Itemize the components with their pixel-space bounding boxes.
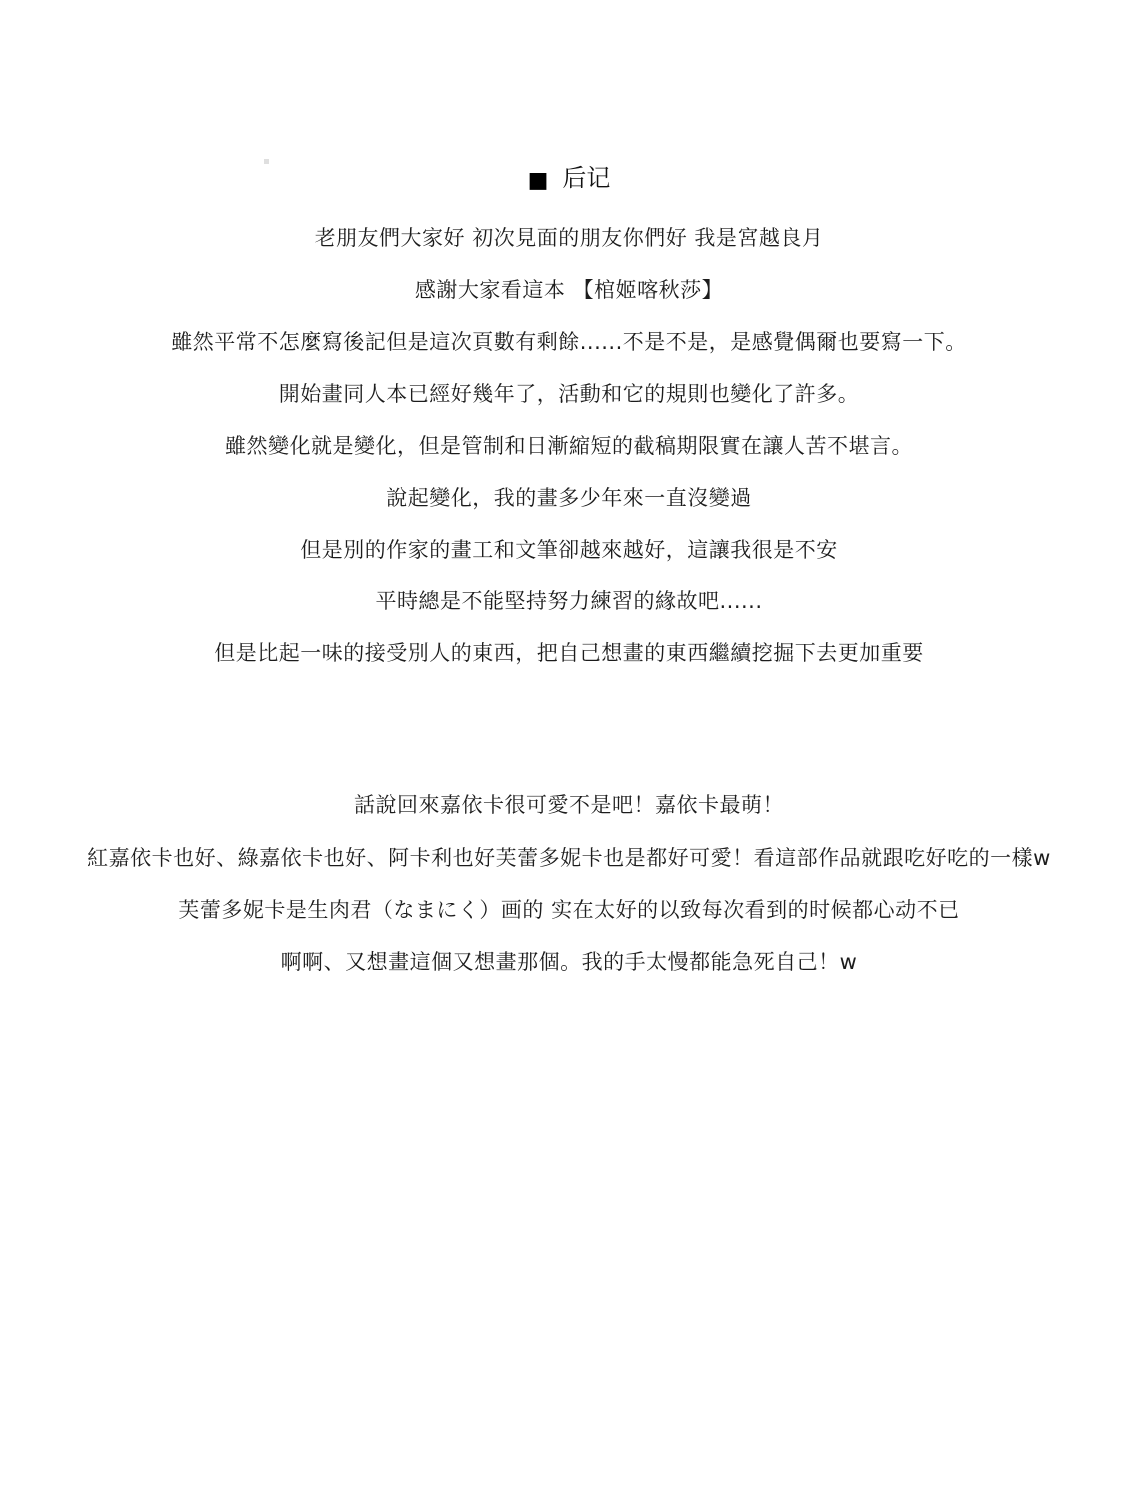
afterword-line: 紅嘉依卡也好、綠嘉依卡也好、阿卡利也好芙蕾多妮卡也是都好可愛！看這部作品就跟吃好… — [0, 846, 1138, 870]
square-bullet-icon: ■ — [528, 167, 549, 195]
afterword-line: 話說回來嘉依卡很可愛不是吧！嘉依卡最萌！ — [0, 793, 1138, 817]
afterword-title: ■后记 — [0, 164, 1138, 195]
afterword-line: 說起變化，我的畫多少年來一直沒變過 — [0, 486, 1138, 510]
afterword-line: 芙蕾多妮卡是生肉君（なまにく）画的 实在太好的以致每次看到的时候都心动不已 — [0, 898, 1138, 922]
afterword-line: 感謝大家看這本 【棺姬喀秋莎】 — [0, 278, 1138, 302]
afterword-line: 老朋友們大家好 初次見面的朋友你們好 我是宮越良月 — [0, 226, 1138, 250]
afterword-line: 但是比起一味的接受別人的東西，把自己想畫的東西繼續挖掘下去更加重要 — [0, 641, 1138, 665]
afterword-line: 啊啊、又想畫這個又想畫那個。我的手太慢都能急死自己！w — [0, 950, 1138, 974]
afterword-line: 雖然變化就是變化，但是管制和日漸縮短的截稿期限實在讓人苦不堪言。 — [0, 434, 1138, 458]
afterword-title-text: 后记 — [562, 164, 610, 192]
afterword-line: 開始畫同人本已經好幾年了，活動和它的規則也變化了許多。 — [0, 382, 1138, 406]
afterword-page: ■后记 老朋友們大家好 初次見面的朋友你們好 我是宮越良月 感謝大家看這本 【棺… — [0, 0, 1138, 1500]
afterword-line: 雖然平常不怎麼寫後記但是這次頁數有剩餘......不是不是，是感覺偶爾也要寫一下… — [0, 330, 1138, 354]
afterword-line: 但是別的作家的畫工和文筆卻越來越好，這讓我很是不安 — [0, 538, 1138, 562]
afterword-line: 平時總是不能堅持努力練習的緣故吧...... — [0, 589, 1138, 613]
